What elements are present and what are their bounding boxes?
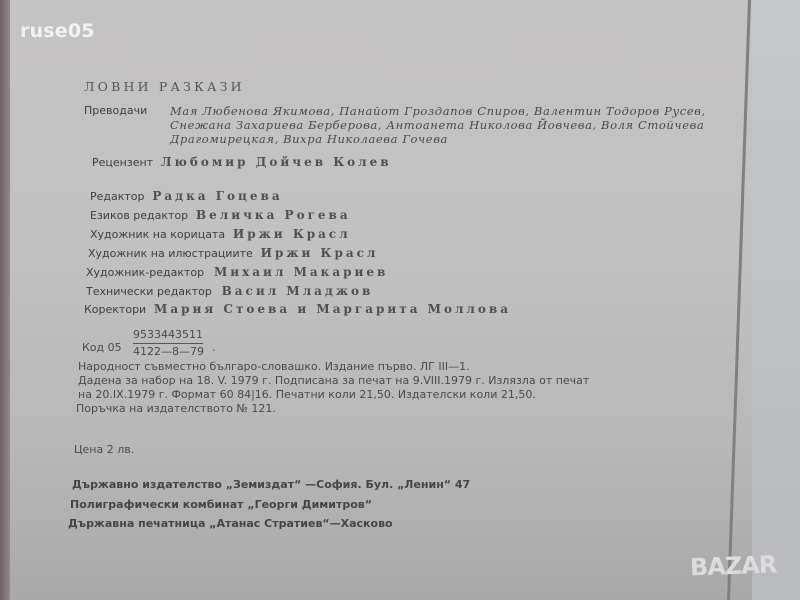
publisher-line-3: Държавна печатница „Атанас Стратиев“—Хас… — [68, 517, 393, 531]
next-page-edge — [752, 0, 800, 600]
reviewer-line: Рецензент Любомир Дойчев Колев — [92, 155, 392, 170]
watermark-username: ruse05 — [20, 20, 95, 42]
translators-line-3: Драгомирецкая, Вихра Николаева Гочева — [170, 132, 448, 146]
imprint-line-3: на 20.IX.1979 г. Формат 60 84|16. Печатн… — [78, 388, 536, 402]
publisher-line-2: Полиграфически комбинат „Георги Димитров… — [70, 498, 372, 512]
imprint-line-2: Дадена за набор на 18. V. 1979 г. Подпис… — [78, 374, 589, 388]
imprint-line-1: Народност съвместно българо-словашко. Из… — [78, 360, 470, 374]
credit-cover-artist: Художник на корицата Иржи Красл — [90, 227, 351, 242]
translators-line-2: Снежана Захариева Берберова, Антоанета Н… — [170, 118, 704, 132]
credit-proofreaders: Коректори Мария Стоева и Маргарита Молло… — [84, 302, 511, 317]
bazar-logo: BAZAR — [690, 551, 777, 582]
imprint-line-4: Поръчка на издателството № 121. — [76, 402, 276, 416]
code-suffix: . — [212, 341, 216, 355]
credit-language-editor: Езиков редактор Величка Рогева — [90, 208, 351, 223]
translators-line-1: Мая Любенова Якимова, Панайот Гроздanов … — [170, 104, 706, 118]
code-numerator: 9533443511 — [133, 329, 203, 344]
code-denominator: 4122—8—79 — [133, 346, 204, 358]
credit-art-editor: Художник-редактор Михаил Макариев — [86, 265, 388, 280]
translators-label: Преводачи — [84, 104, 147, 118]
credit-technical-editor: Технически редактор Васил Младжов — [86, 284, 373, 299]
code-fraction: 9533443511 4122—8—79 — [133, 329, 204, 358]
book-title: ЛОВНИ РАЗКАЗИ — [84, 80, 245, 94]
publisher-line-1: Държавно издателство „Земиздат“ —София. … — [72, 478, 470, 492]
code-label: Код 05 — [82, 341, 122, 355]
reviewer-name: Любомир Дойчев Колев — [161, 155, 392, 169]
price: Цена 2 лв. — [74, 443, 134, 457]
credit-illustrator: Художник на илюстрациите Иржи Красл — [88, 246, 378, 261]
credit-editor: Редактор Радка Гоцева — [90, 189, 283, 204]
reviewer-label: Рецензент — [92, 156, 153, 169]
